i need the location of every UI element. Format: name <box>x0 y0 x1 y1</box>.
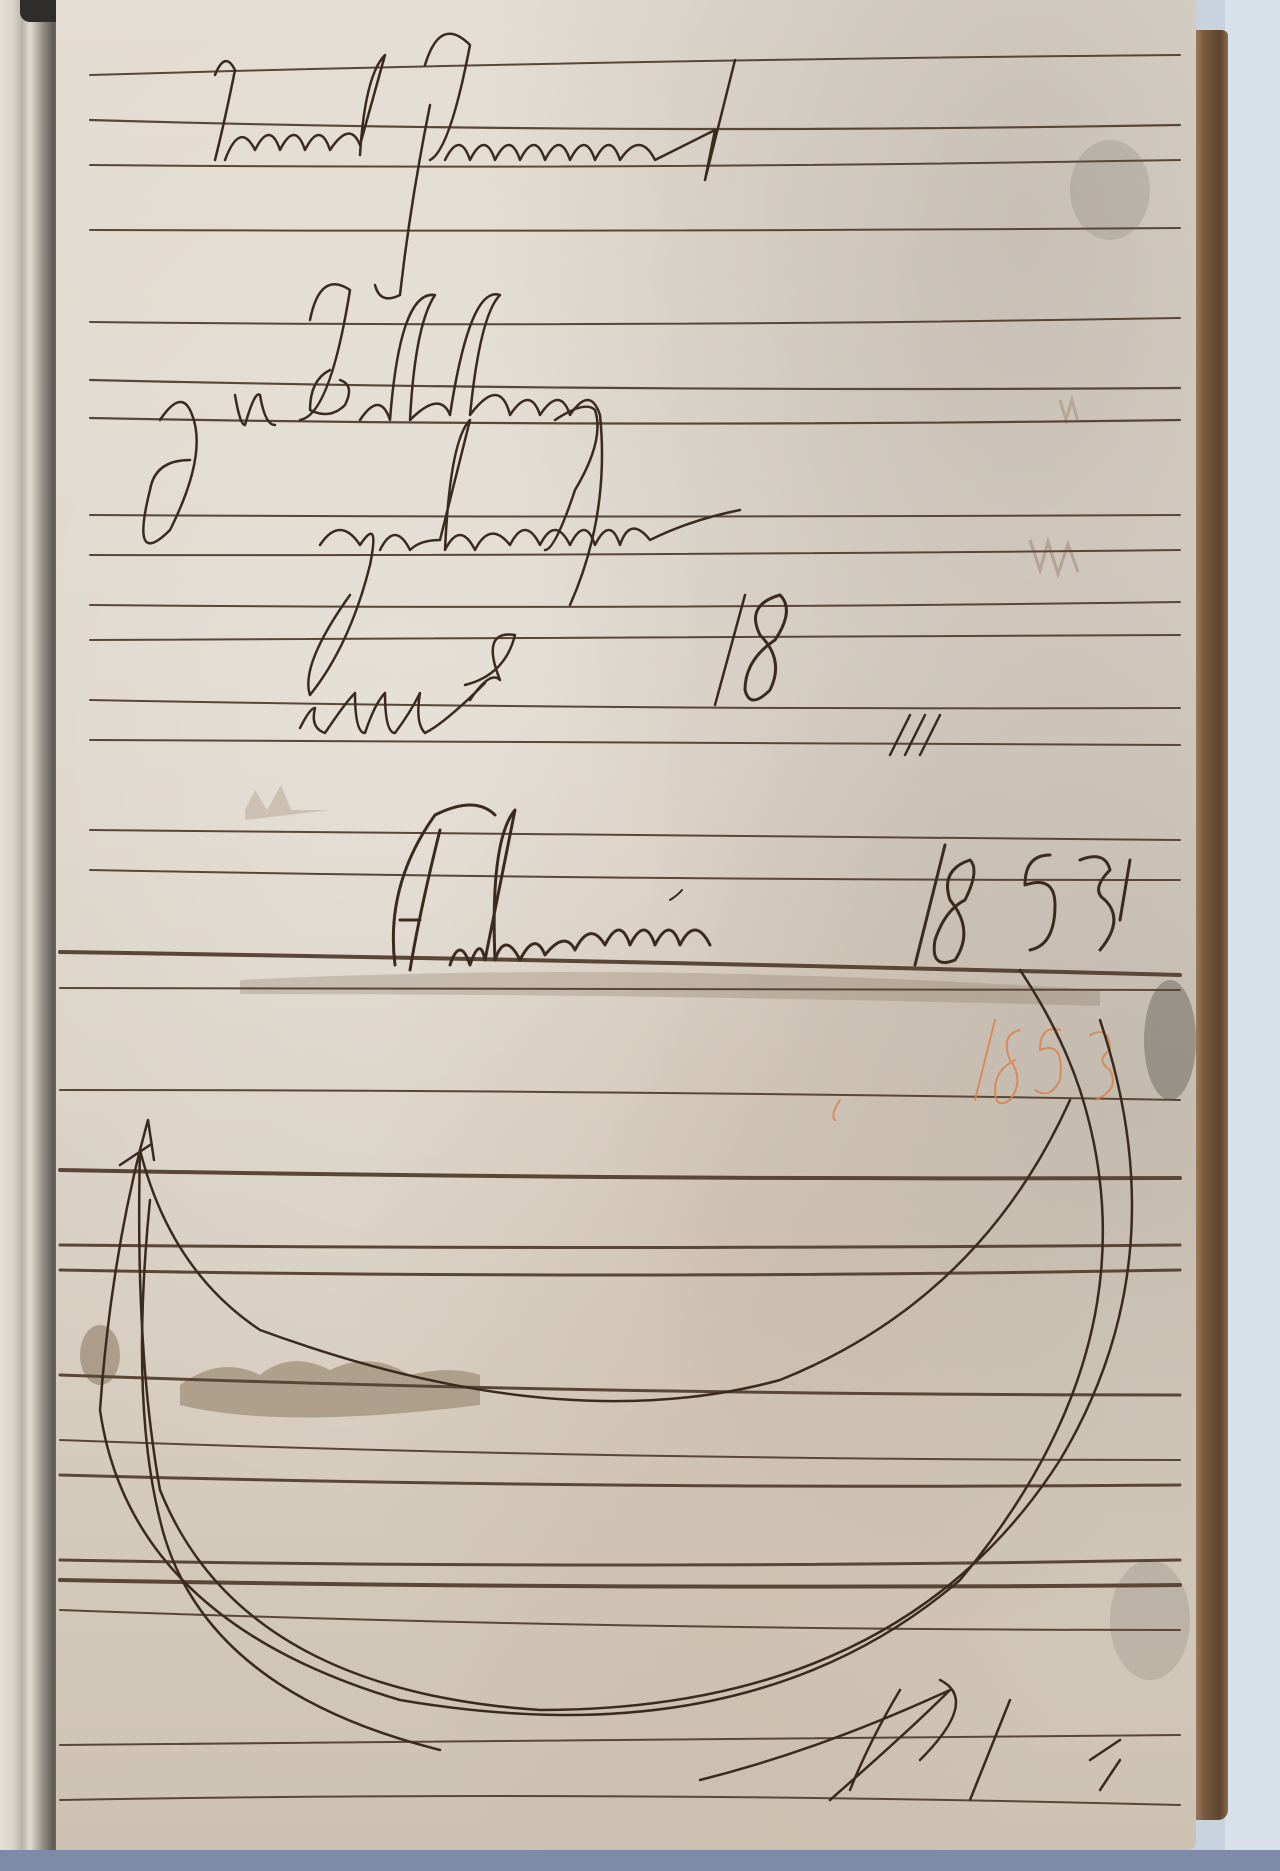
page-ink-layer <box>56 0 1196 1850</box>
water-stains <box>80 140 1196 1680</box>
book-spine-binding <box>0 0 58 1871</box>
handwriting-line-5 <box>393 805 1130 970</box>
background-surface <box>1225 0 1280 1871</box>
handwriting-line-4 <box>300 595 940 755</box>
handwriting <box>100 34 1132 1800</box>
handwriting-line-3 <box>308 420 740 695</box>
pencil-annotation <box>833 1020 1113 1120</box>
handwritten-page <box>56 0 1196 1850</box>
bottom-scrawl <box>700 1680 1120 1800</box>
pen-doodle-loop <box>100 970 1132 1750</box>
background-surface-bottom <box>0 1850 1280 1871</box>
